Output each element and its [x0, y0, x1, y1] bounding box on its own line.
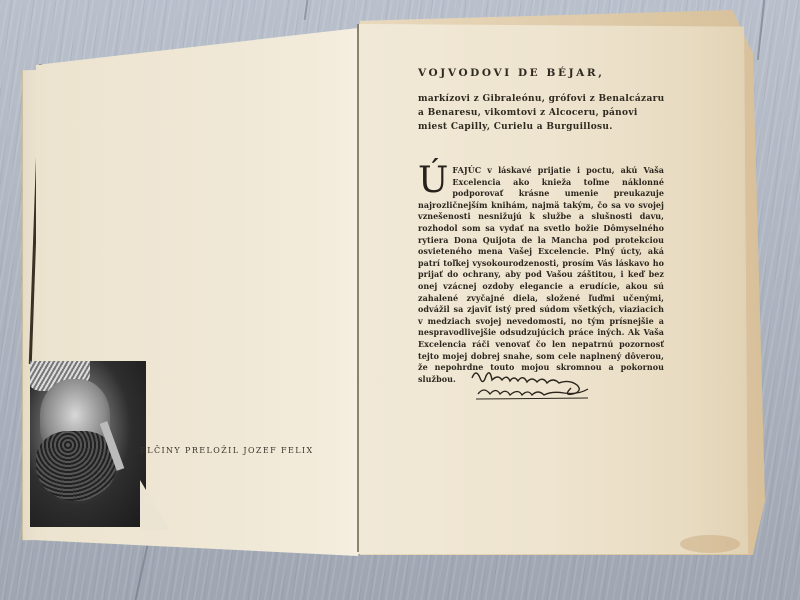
illustration-beard: [36, 431, 116, 501]
open-book: ELČINY PRELOŽIL JOZEF FELIX VOJVODOVI DE…: [0, 0, 800, 600]
dedication-body-text: FAJÚC v láskavé prijatie i poctu, akú Va…: [418, 165, 664, 384]
dedication-body: ÚFAJÚC v láskavé prijatie i poctu, akú V…: [418, 165, 664, 385]
dedication-title: VOJVODOVI DE BÉJAR,: [418, 67, 605, 79]
translator-credit: ELČINY PRELOŽIL JOZEF FELIX: [140, 446, 314, 455]
drop-cap: Ú: [418, 166, 448, 196]
book-gutter: [357, 24, 359, 552]
dedication-subtitle: markízovi z Gibraleónu, grófovi z Benalc…: [418, 92, 668, 134]
cervantes-signature: [468, 364, 613, 402]
engraving-illustration: [30, 361, 146, 527]
page-stain: [680, 535, 740, 553]
